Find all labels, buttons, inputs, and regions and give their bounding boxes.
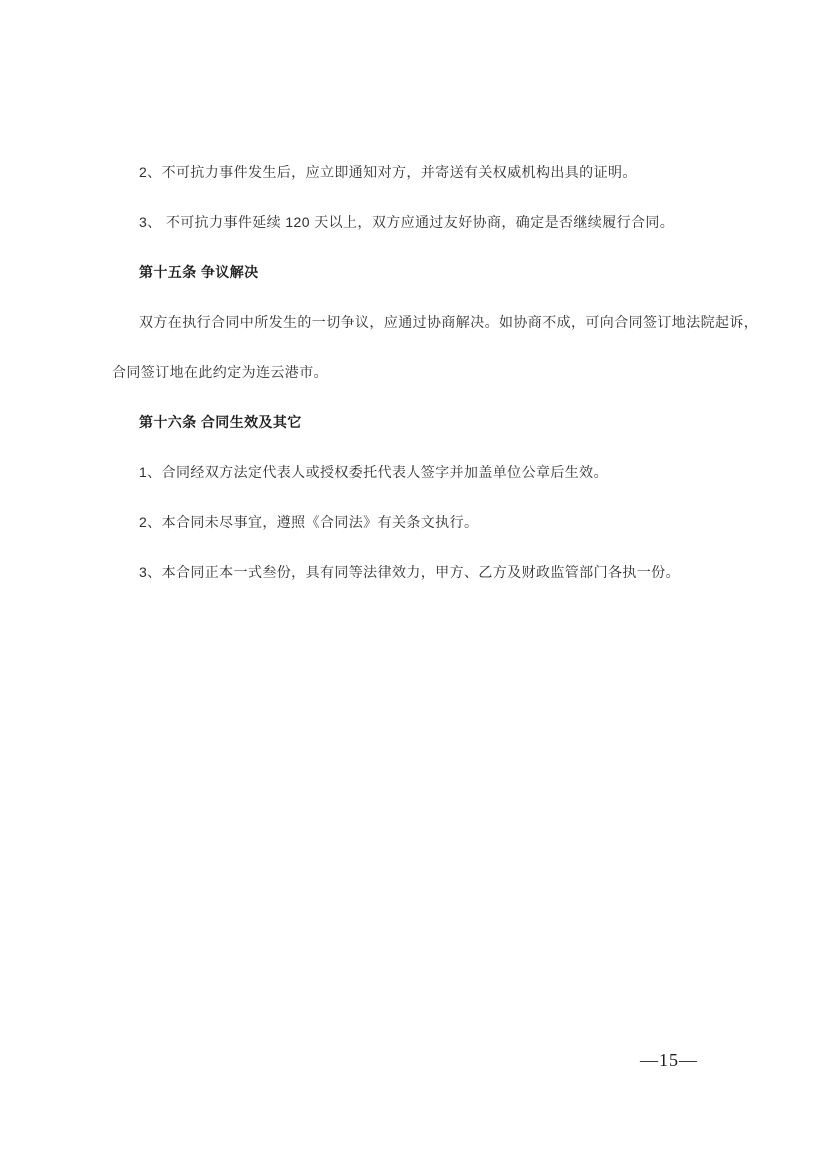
effectiveness-clause-2: 2、本合同未尽事宜，遵照《合同法》有关条文执行。 (112, 497, 735, 547)
dispute-resolution-paragraph-line-1: 双方在执行合同中所发生的一切争议，应通过协商解决。如协商不成，可向合同签订地法院… (112, 297, 735, 347)
article-15-heading: 第十五条 争议解决 (112, 247, 735, 297)
dispute-resolution-paragraph-line-2: 合同签订地在此约定为连云港市。 (112, 347, 735, 397)
article-16-heading: 第十六条 合同生效及其它 (112, 397, 735, 447)
effectiveness-clause-1: 1、合同经双方法定代表人或授权委托代表人签字并加盖单位公章后生效。 (112, 447, 735, 497)
force-majeure-clause-2: 2、不可抗力事件发生后，应立即通知对方，并寄送有关权威机构出具的证明。 (112, 147, 735, 197)
document-page: 2、不可抗力事件发生后，应立即通知对方，并寄送有关权威机构出具的证明。 3、 不… (0, 0, 827, 1169)
contract-body: 2、不可抗力事件发生后，应立即通知对方，并寄送有关权威机构出具的证明。 3、 不… (112, 147, 735, 597)
page-number: —15— (640, 1050, 698, 1071)
effectiveness-clause-3: 3、本合同正本一式叁份，具有同等法律效力，甲方、乙方及财政监管部门各执一份。 (112, 547, 735, 597)
force-majeure-clause-3: 3、 不可抗力事件延续 120 天以上，双方应通过友好协商，确定是否继续履行合同… (112, 197, 735, 247)
